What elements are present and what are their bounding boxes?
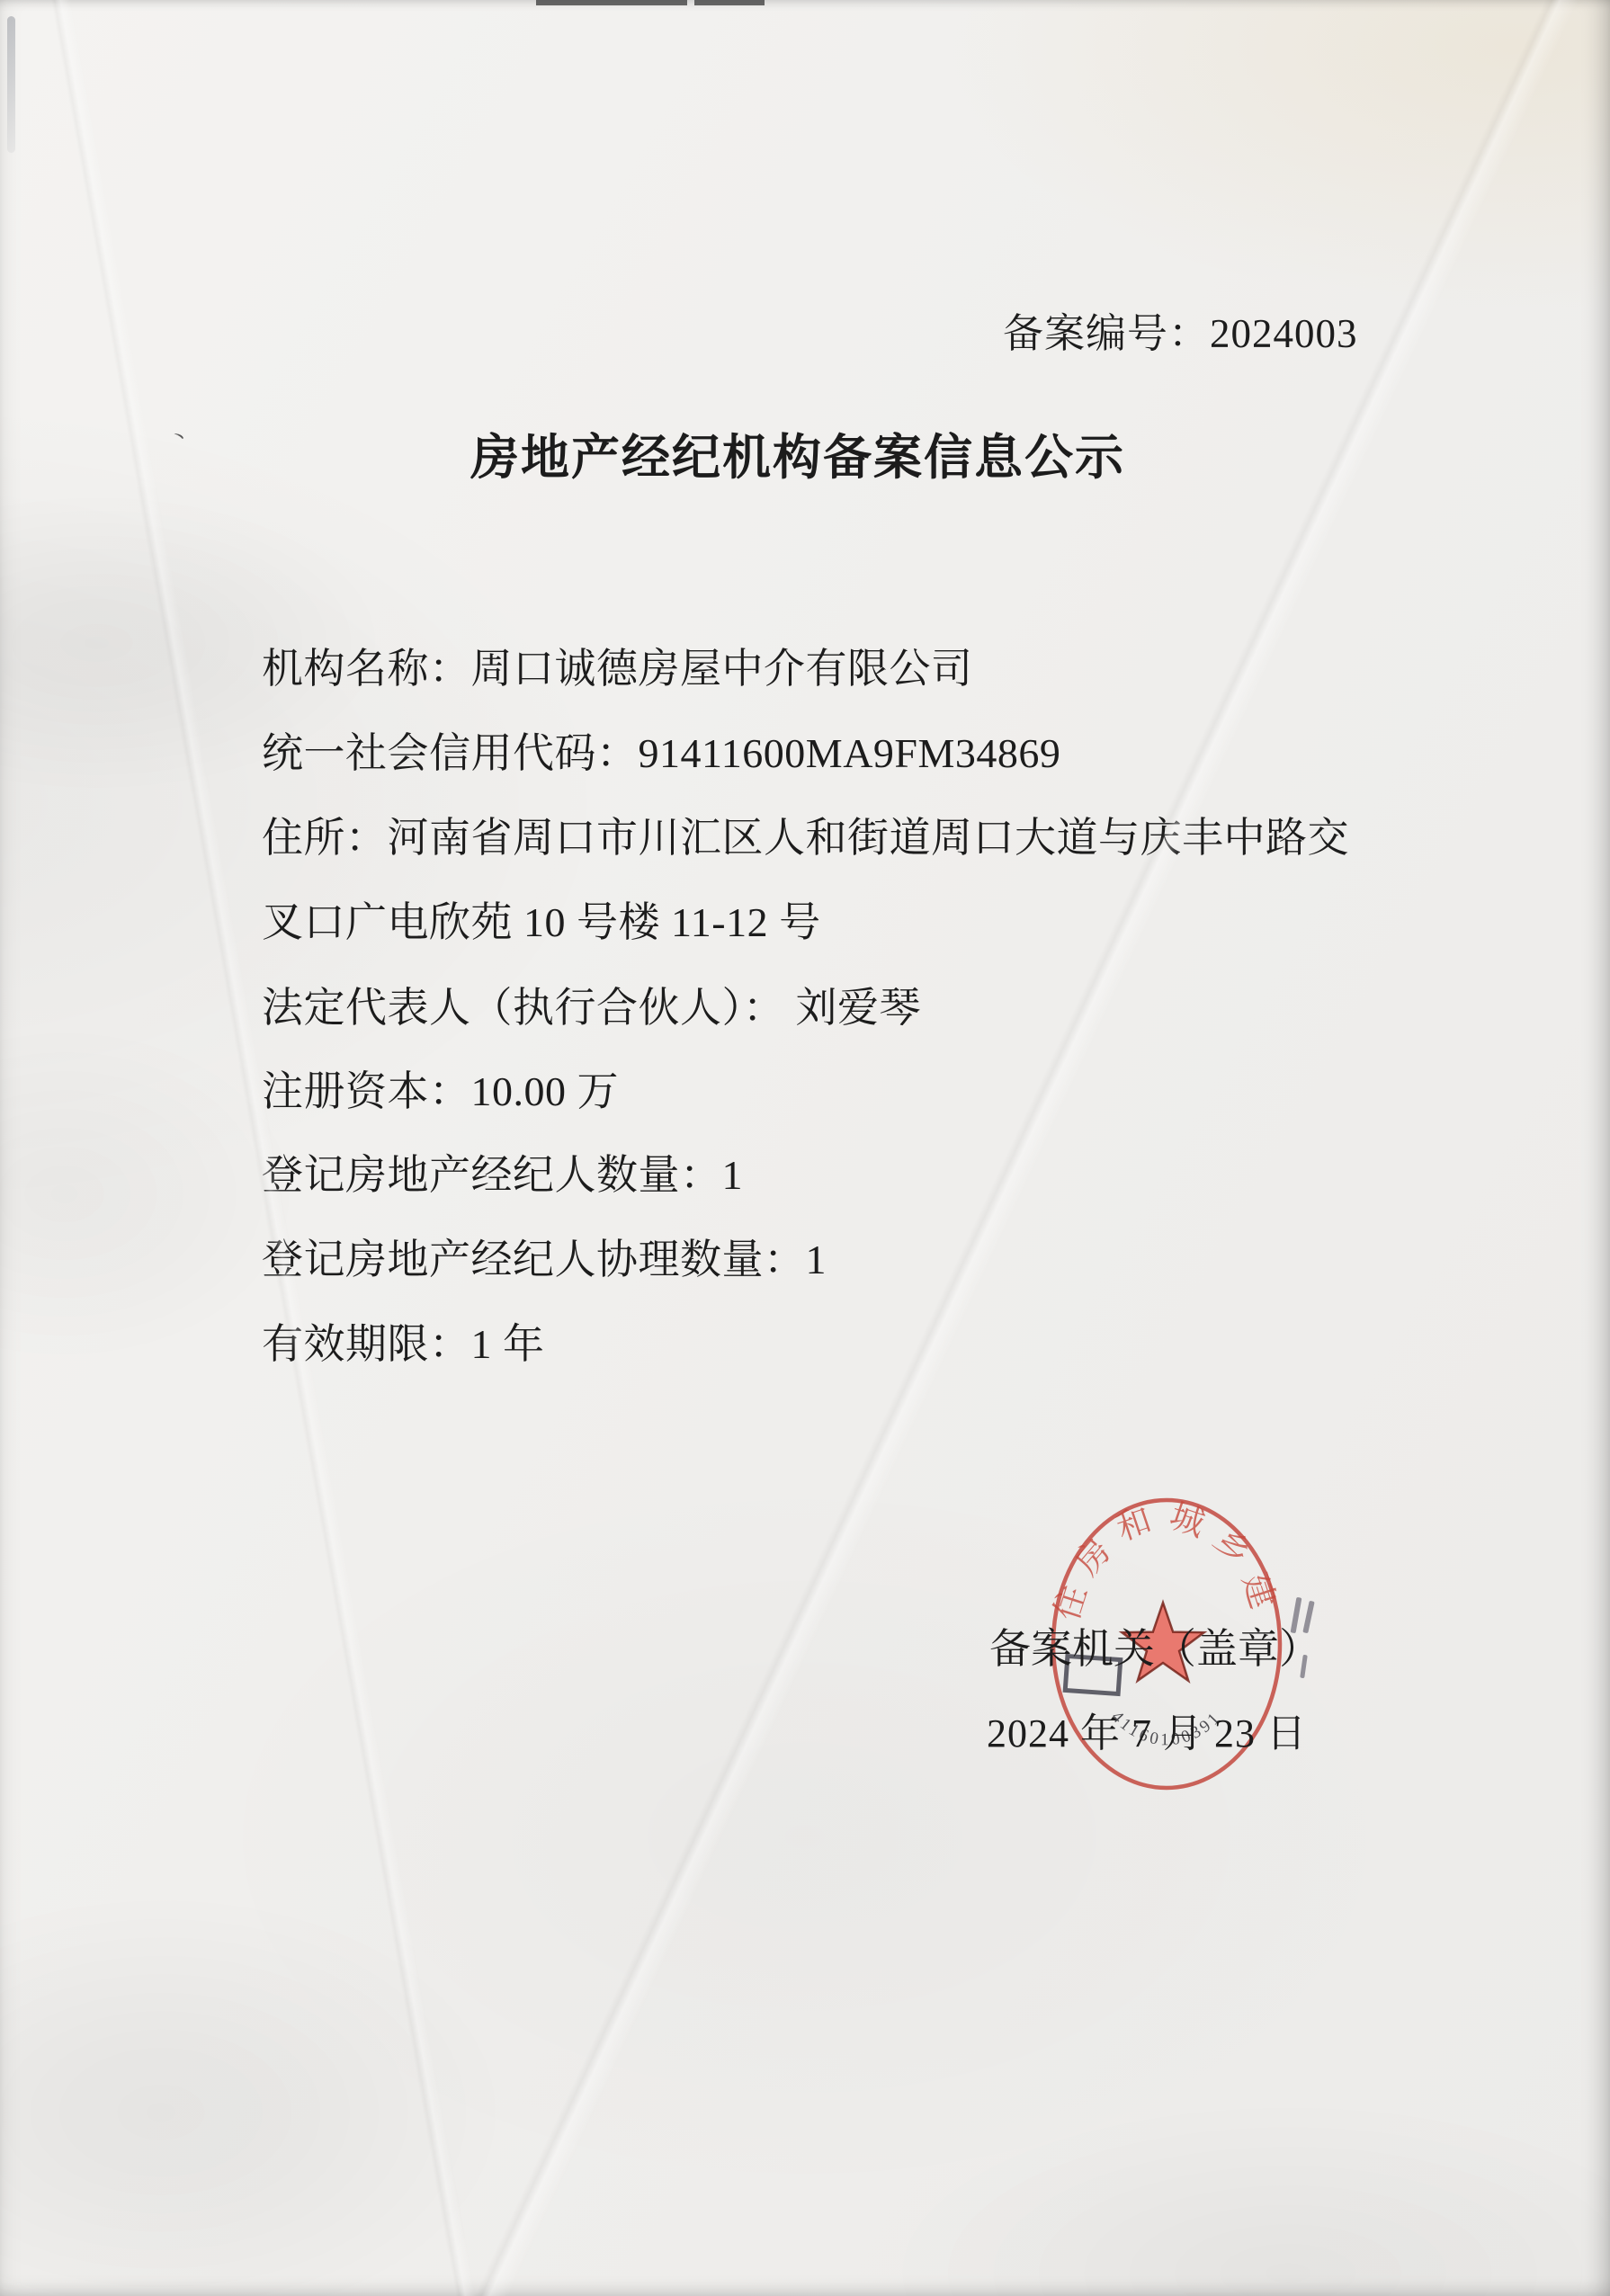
paper-speck: 丶 (165, 420, 193, 452)
field-address-line-2: 叉口广电欣苑 10 号楼 11-12 号 (262, 889, 821, 949)
field-validity-period: 有效期限：1 年 (262, 1311, 545, 1371)
scan-edge-streak (7, 16, 15, 153)
field-institution-name: 机构名称：周口诚德房屋中介有限公司 (262, 636, 973, 695)
field-address-line-1: 住所：河南省周口市川汇区人和街道周口大道与庆丰中路交 (262, 805, 1349, 864)
scan-artifact-line (694, 0, 765, 5)
scan-artifact-line (536, 0, 687, 5)
field-credit-code: 统一社会信用代码：91411600MA9FM34869 (262, 720, 1060, 780)
page-title: 房地产经纪机构备案信息公示 (470, 419, 1125, 488)
scanned-document-page: 丶 备案编号：2024003 房地产经纪机构备案信息公示 机构名称：周口诚德房屋… (0, 0, 1610, 2296)
filing-number: 备案编号：2024003 (1003, 300, 1358, 359)
filing-authority-line: 备案机关（盖章） (989, 1616, 1320, 1675)
field-registered-capital: 注册资本：10.00 万 (262, 1059, 619, 1118)
field-broker-assistant-count: 登记房地产经纪人协理数量：1 (262, 1227, 827, 1286)
seal-arc-text: 住房和城乡建 (1049, 1497, 1284, 1625)
field-legal-representative: 法定代表人（执行合伙人）： 刘爱琴 (262, 975, 921, 1034)
paper-crease-texture (0, 0, 1610, 2296)
field-broker-count: 登记房地产经纪人数量：1 (262, 1142, 743, 1202)
filing-date-line: 2024 年 7 月 23 日 (987, 1701, 1307, 1758)
